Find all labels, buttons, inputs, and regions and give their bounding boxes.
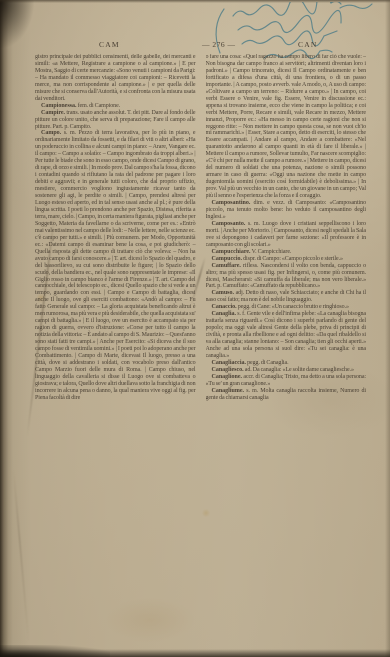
entry-headword: Campire. xyxy=(41,110,66,116)
dictionary-entry: o fare una cosa: «Quel ragazzo ha campo … xyxy=(206,54,367,200)
page-number: — 276 — xyxy=(202,40,236,49)
dictionary-entry: Campo. s. m. Pezzo di terra lavorativa, … xyxy=(35,130,196,401)
page-header: CAM — 276 — CAN xyxy=(0,40,390,52)
entry-headword: Camposantino. xyxy=(212,200,254,206)
dictionary-entry: Canagliume. s. m. Molta canaglia raccolt… xyxy=(206,388,367,402)
page-edge-top xyxy=(0,0,390,3)
pencil-stroke xyxy=(340,4,372,8)
dictionary-entry: Camuso. adj. Detto di naso, vale Schiacc… xyxy=(206,290,367,304)
dictionary-entry: Campuccio. dispr. di Campo: «Campo picco… xyxy=(206,256,367,263)
entry-headword: Camposanto. xyxy=(212,221,248,227)
running-title-right: CAN xyxy=(298,40,317,49)
entry-headword: Camuffare. xyxy=(212,263,243,269)
page-corner-bottom-left xyxy=(0,645,110,657)
entry-headword: Canaglia. xyxy=(212,311,238,317)
page-edge-left xyxy=(0,0,13,657)
entry-headword: Canagliume. xyxy=(212,388,247,394)
entry-headword: Canagliaccia. xyxy=(212,360,248,366)
dictionary-entry: Campire. trans. usato anche assolut. T. … xyxy=(35,110,196,131)
dictionary-entry: Camposantino. dim. e vezz. di Camposanto… xyxy=(206,200,367,221)
pencil-stroke xyxy=(233,2,341,16)
entry-headword: Campucchiare. xyxy=(212,249,252,255)
dictionary-entry: Camposanto. s. m. Luogo dove i cristiani… xyxy=(206,221,367,249)
entry-headword: Campionessa. xyxy=(41,103,78,109)
column-right: o fare una cosa: «Quel ragazzo ha campo … xyxy=(206,54,367,577)
dictionary-entry: Canagliaccia. pegg. di Canaglia. xyxy=(206,360,367,367)
dictionary-entry: gistro principale dei pubblici censiment… xyxy=(35,54,196,103)
dictionary-entry: Camuffare. rifless. Nascondersi il volto… xyxy=(206,263,367,291)
entry-headword: Canagliesco. xyxy=(212,367,245,373)
running-title-left: CAM xyxy=(99,40,120,49)
column-left: gistro principale dei pubblici censiment… xyxy=(35,54,196,577)
entry-headword: Canaglione. xyxy=(212,374,244,380)
dictionary-entry: Campucchiare. V. Campicchiare. xyxy=(206,249,367,256)
crease-line xyxy=(12,468,29,642)
dictionary-entry: Canaglia. s. f. Gente vile e dell'infima… xyxy=(206,311,367,360)
page-scan: CAM — 276 — CAN gistro principale dei pu… xyxy=(0,0,390,657)
page-edge-right xyxy=(385,0,390,657)
page-corner-top-left xyxy=(0,0,34,48)
entry-headword: Camuso. xyxy=(212,290,236,296)
dictionary-entry: Canaglione. accr. di Canaglia; Tristo, m… xyxy=(206,374,367,388)
text-block: gistro principale dei pubblici censiment… xyxy=(35,54,366,577)
entry-headword: Campuccio. xyxy=(212,256,244,262)
entry-headword: Campo. xyxy=(41,130,64,136)
dictionary-entry: Campionessa. fem. di Campione. xyxy=(35,103,196,110)
dictionary-entry: Canagliesco. ad. Da canaglia: «Le solite… xyxy=(206,367,367,374)
entry-headword: Canaccio. xyxy=(212,304,238,310)
